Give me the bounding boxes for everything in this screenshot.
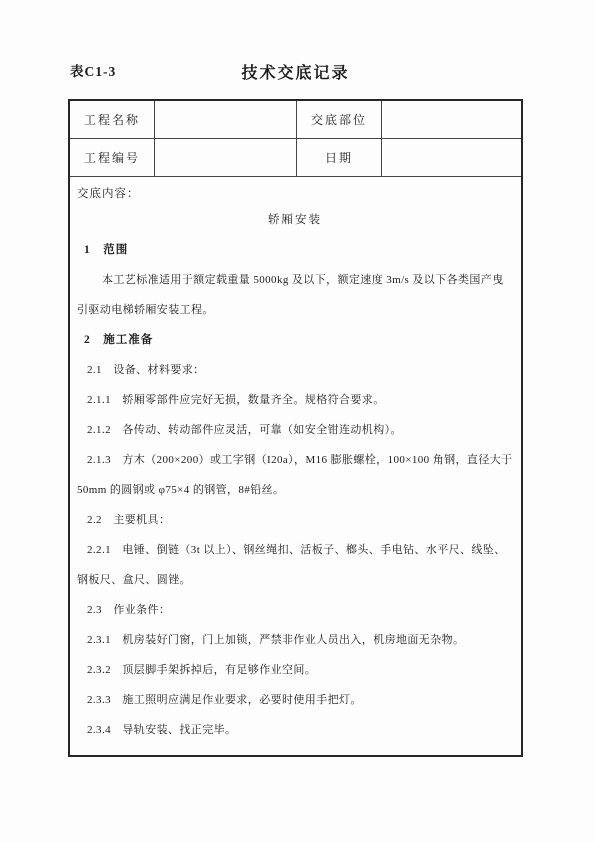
project-name-value bbox=[155, 101, 297, 139]
disclosure-part-value bbox=[382, 101, 521, 139]
content-line: 2.1 设备、材料要求： bbox=[77, 355, 513, 385]
content-label: 交底内容： bbox=[77, 183, 513, 206]
disclosure-content-cell: 交底内容： 轿厢安装 1 范围本工艺标准适用于额定载重量 5000kg 及以下，… bbox=[70, 177, 521, 755]
info-grid: 工程名称 交底部位 工程编号 日期 bbox=[70, 101, 521, 177]
form-code: 表C1-3 bbox=[70, 60, 116, 80]
content-line: 2.3.4 导轨安装、找正完毕。 bbox=[77, 715, 513, 745]
content-lines: 1 范围本工艺标准适用于额定载重量 5000kg 及以下，额定速度 3m/s 及… bbox=[77, 235, 513, 745]
content-line: 2.3.3 施工照明应满足作业要求，必要时使用手把灯。 bbox=[77, 685, 513, 715]
project-number-value bbox=[155, 139, 297, 177]
page-title: 技术交底记录 bbox=[68, 60, 523, 83]
date-label: 日期 bbox=[297, 139, 382, 177]
content-line: 2.1.3 方木（200×200）或工字钢（I20a），M16 膨胀螺栓，100… bbox=[77, 445, 513, 505]
content-line: 本工艺标准适用于额定载重量 5000kg 及以下，额定速度 3m/s 及以下各类… bbox=[77, 265, 513, 325]
document-header: 表C1-3 技术交底记录 bbox=[68, 60, 523, 82]
project-name-label: 工程名称 bbox=[70, 101, 155, 139]
content-line: 2 施工准备 bbox=[77, 325, 513, 355]
project-number-label: 工程编号 bbox=[70, 139, 155, 177]
disclosure-part-label: 交底部位 bbox=[297, 101, 382, 139]
content-line: 2.2.1 电锤、倒链（3t 以上）、钢丝绳扣、活板子、榔头、手电钻、水平尺、线… bbox=[77, 535, 513, 595]
record-table: 工程名称 交底部位 工程编号 日期 交底内容： 轿厢安装 1 范围本工艺标准适用… bbox=[68, 99, 523, 757]
content-line: 2.1.2 各传动、转动部件应灵活，可靠（如安全钳连动机构）。 bbox=[77, 415, 513, 445]
content-line: 2.3 作业条件： bbox=[77, 595, 513, 625]
document-page: 表C1-3 技术交底记录 工程名称 交底部位 工程编号 日期 交底内容： 轿厢安… bbox=[0, 0, 595, 842]
content-line: 2.3.1 机房装好门窗，门上加锁，严禁非作业人员出入，机房地面无杂物。 bbox=[77, 625, 513, 655]
date-value bbox=[382, 139, 521, 177]
content-line: 2.2 主要机具： bbox=[77, 505, 513, 535]
content-line: 1 范围 bbox=[77, 235, 513, 265]
content-line: 2.1.1 轿厢零部件应完好无损，数量齐全。规格符合要求。 bbox=[77, 385, 513, 415]
document-subject-title: 轿厢安装 bbox=[77, 206, 513, 235]
content-line: 2.3.2 顶层脚手架拆掉后，有足够作业空间。 bbox=[77, 655, 513, 685]
